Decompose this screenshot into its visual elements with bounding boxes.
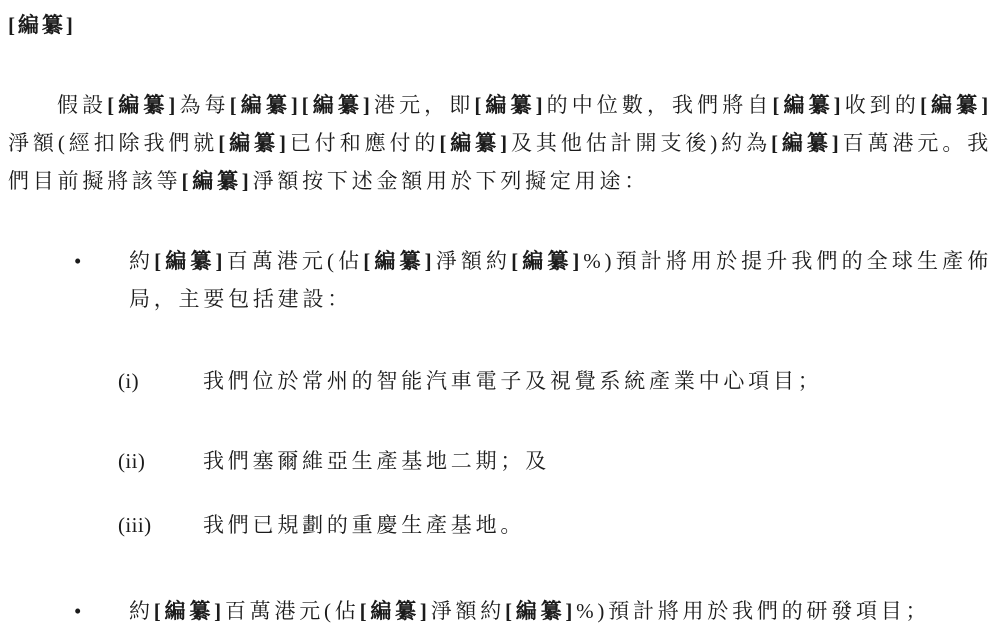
redacted-token: [編纂]	[772, 93, 844, 117]
bullet-item-production-text: 約[編纂]百萬港元(佔[編纂]淨額約[編纂]%)預計將用於提升我們的全球生產佈局…	[129, 242, 992, 318]
list-item-label: (iii)	[118, 506, 203, 544]
text-run: 約	[129, 599, 154, 623]
list-item-text: 我們塞爾維亞生產基地二期；及	[203, 442, 992, 480]
bullet-icon: •	[8, 592, 129, 630]
redacted-heading: [編纂]	[8, 10, 992, 40]
text-run: %)預計將用於我們的研發項目；	[576, 599, 930, 623]
text-run: 淨額(經扣除我們就	[8, 131, 218, 155]
list-item-label: (ii)	[118, 442, 203, 480]
text-run: 淨額按下述金額用於下列擬定用途：	[253, 169, 649, 193]
list-item-serbia: (ii) 我們塞爾維亞生產基地二期；及	[118, 442, 992, 480]
bullet-item-rd-text: 約[編纂]百萬港元(佔[編纂]淨額約[編纂]%)預計將用於我們的研發項目；	[129, 592, 992, 630]
redacted-token: [編纂]	[154, 249, 226, 273]
text-run: 百萬港元(佔	[225, 599, 360, 623]
redacted-token: [編纂]	[181, 169, 252, 193]
use-of-proceeds-paragraph: 假設[編纂]為每[編纂][編纂]港元，即[編纂]的中位數，我們將自[編纂]收到的…	[8, 86, 992, 200]
redacted-token: [編纂]	[218, 131, 290, 155]
text-run: 假設	[57, 93, 107, 117]
bullet-item-production-layout: • 約[編纂]百萬港元(佔[編纂]淨額約[編纂]%)預計將用於提升我們的全球生產…	[8, 242, 992, 318]
redacted-token: [編纂]	[771, 131, 843, 155]
redacted-token: [編纂][編纂]	[230, 93, 374, 117]
redacted-token: [編纂]	[511, 249, 583, 273]
text-run: 已付和應付的	[290, 131, 440, 155]
text-run: 淨額約	[435, 249, 511, 273]
text-run: 約	[129, 249, 154, 273]
redacted-token: [編纂]	[363, 249, 435, 273]
prospectus-page: [編纂] 假設[編纂]為每[編纂][編纂]港元，即[編纂]的中位數，我們將自[編…	[0, 0, 1000, 632]
redacted-token: [編纂]	[8, 13, 76, 37]
text-run: 收到的	[844, 93, 920, 117]
text-run: 為每	[179, 93, 229, 117]
list-item-text: 我們位於常州的智能汽車電子及視覺系統產業中心項目；	[203, 362, 992, 400]
list-item-label: (i)	[118, 362, 203, 400]
text-run: 及其他估計開支後)約為	[511, 131, 771, 155]
text-run: 的中位數，我們將自	[546, 93, 772, 117]
redacted-token: [編纂]	[920, 93, 992, 117]
text-run: 淨額約	[431, 599, 505, 623]
text-run: 百萬港元(佔	[226, 249, 363, 273]
list-item-text: 我們已規劃的重慶生產基地。	[203, 506, 992, 544]
redacted-token: [編纂]	[107, 93, 179, 117]
redacted-token: [編纂]	[154, 599, 225, 623]
bullet-item-rd: • 約[編纂]百萬港元(佔[編纂]淨額約[編纂]%)預計將用於我們的研發項目；	[8, 592, 992, 630]
redacted-token: [編纂]	[360, 599, 431, 623]
text-run: 港元，即	[374, 93, 475, 117]
list-item-changzhou: (i) 我們位於常州的智能汽車電子及視覺系統產業中心項目；	[118, 362, 992, 400]
list-item-chongqing: (iii) 我們已規劃的重慶生產基地。	[118, 506, 992, 544]
redacted-token: [編纂]	[439, 131, 511, 155]
redacted-token: [編纂]	[474, 93, 546, 117]
bullet-icon: •	[8, 242, 129, 280]
redacted-token: [編纂]	[505, 599, 576, 623]
